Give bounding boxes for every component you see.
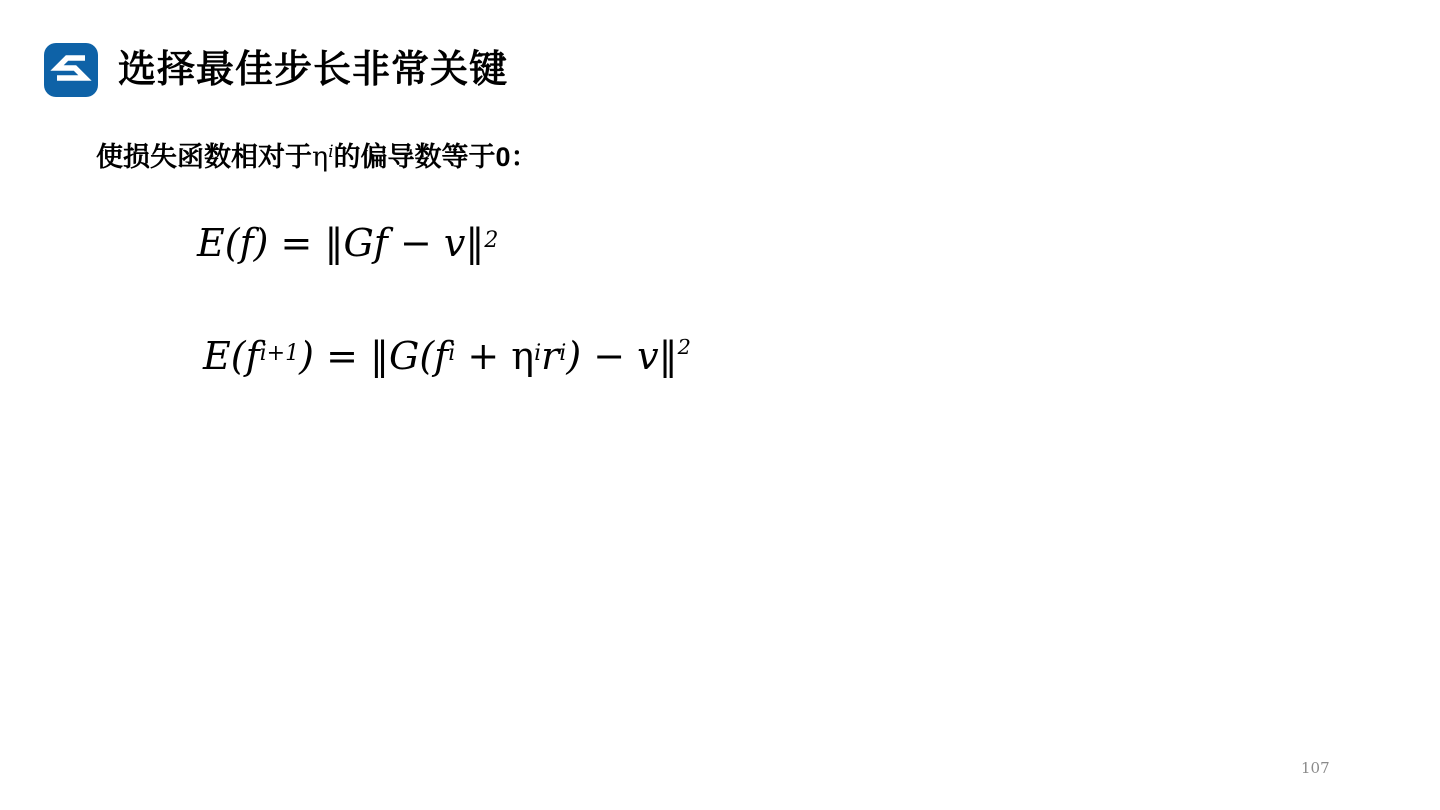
formula-segment: ) = ‖G(f (299, 334, 448, 378)
eta-symbol: η (312, 142, 328, 173)
brand-s-logo-icon (44, 43, 98, 97)
formula-loss-function: E(f) = ‖Gf − v‖2 (197, 219, 498, 267)
slide-header: 选择最佳步长非常关键 (44, 42, 508, 98)
formula-segment: + (455, 334, 511, 378)
formula-segment: E(f) = ‖Gf − v‖ (197, 221, 484, 265)
formula-segment: r (541, 334, 559, 378)
formula-superscript: 2 (484, 228, 498, 253)
presentation-slide: 选择最佳步长非常关键 使损失函数相对于ηi的偏导数等于0： E(f) = ‖Gf… (0, 0, 1440, 810)
formula-segment: ) − v‖ (566, 334, 677, 378)
formula-superscript: 2 (678, 335, 691, 359)
formula-loss-next-iteration: E(fi+1) = ‖G(fi + ηiri) − v‖2 (203, 332, 691, 380)
intro-text: 使损失函数相对于ηi的偏导数等于0： (96, 136, 538, 179)
intro-segment: 的偏导数等于0： (334, 142, 538, 172)
eta-symbol: η (511, 334, 534, 378)
slide-title: 选择最佳步长非常关键 (118, 42, 508, 98)
page-number: 107 (1301, 759, 1330, 777)
formula-segment: E(f (203, 334, 260, 378)
intro-segment: 使损失函数相对于 (96, 142, 312, 172)
formula-superscript: i+1 (260, 341, 300, 366)
